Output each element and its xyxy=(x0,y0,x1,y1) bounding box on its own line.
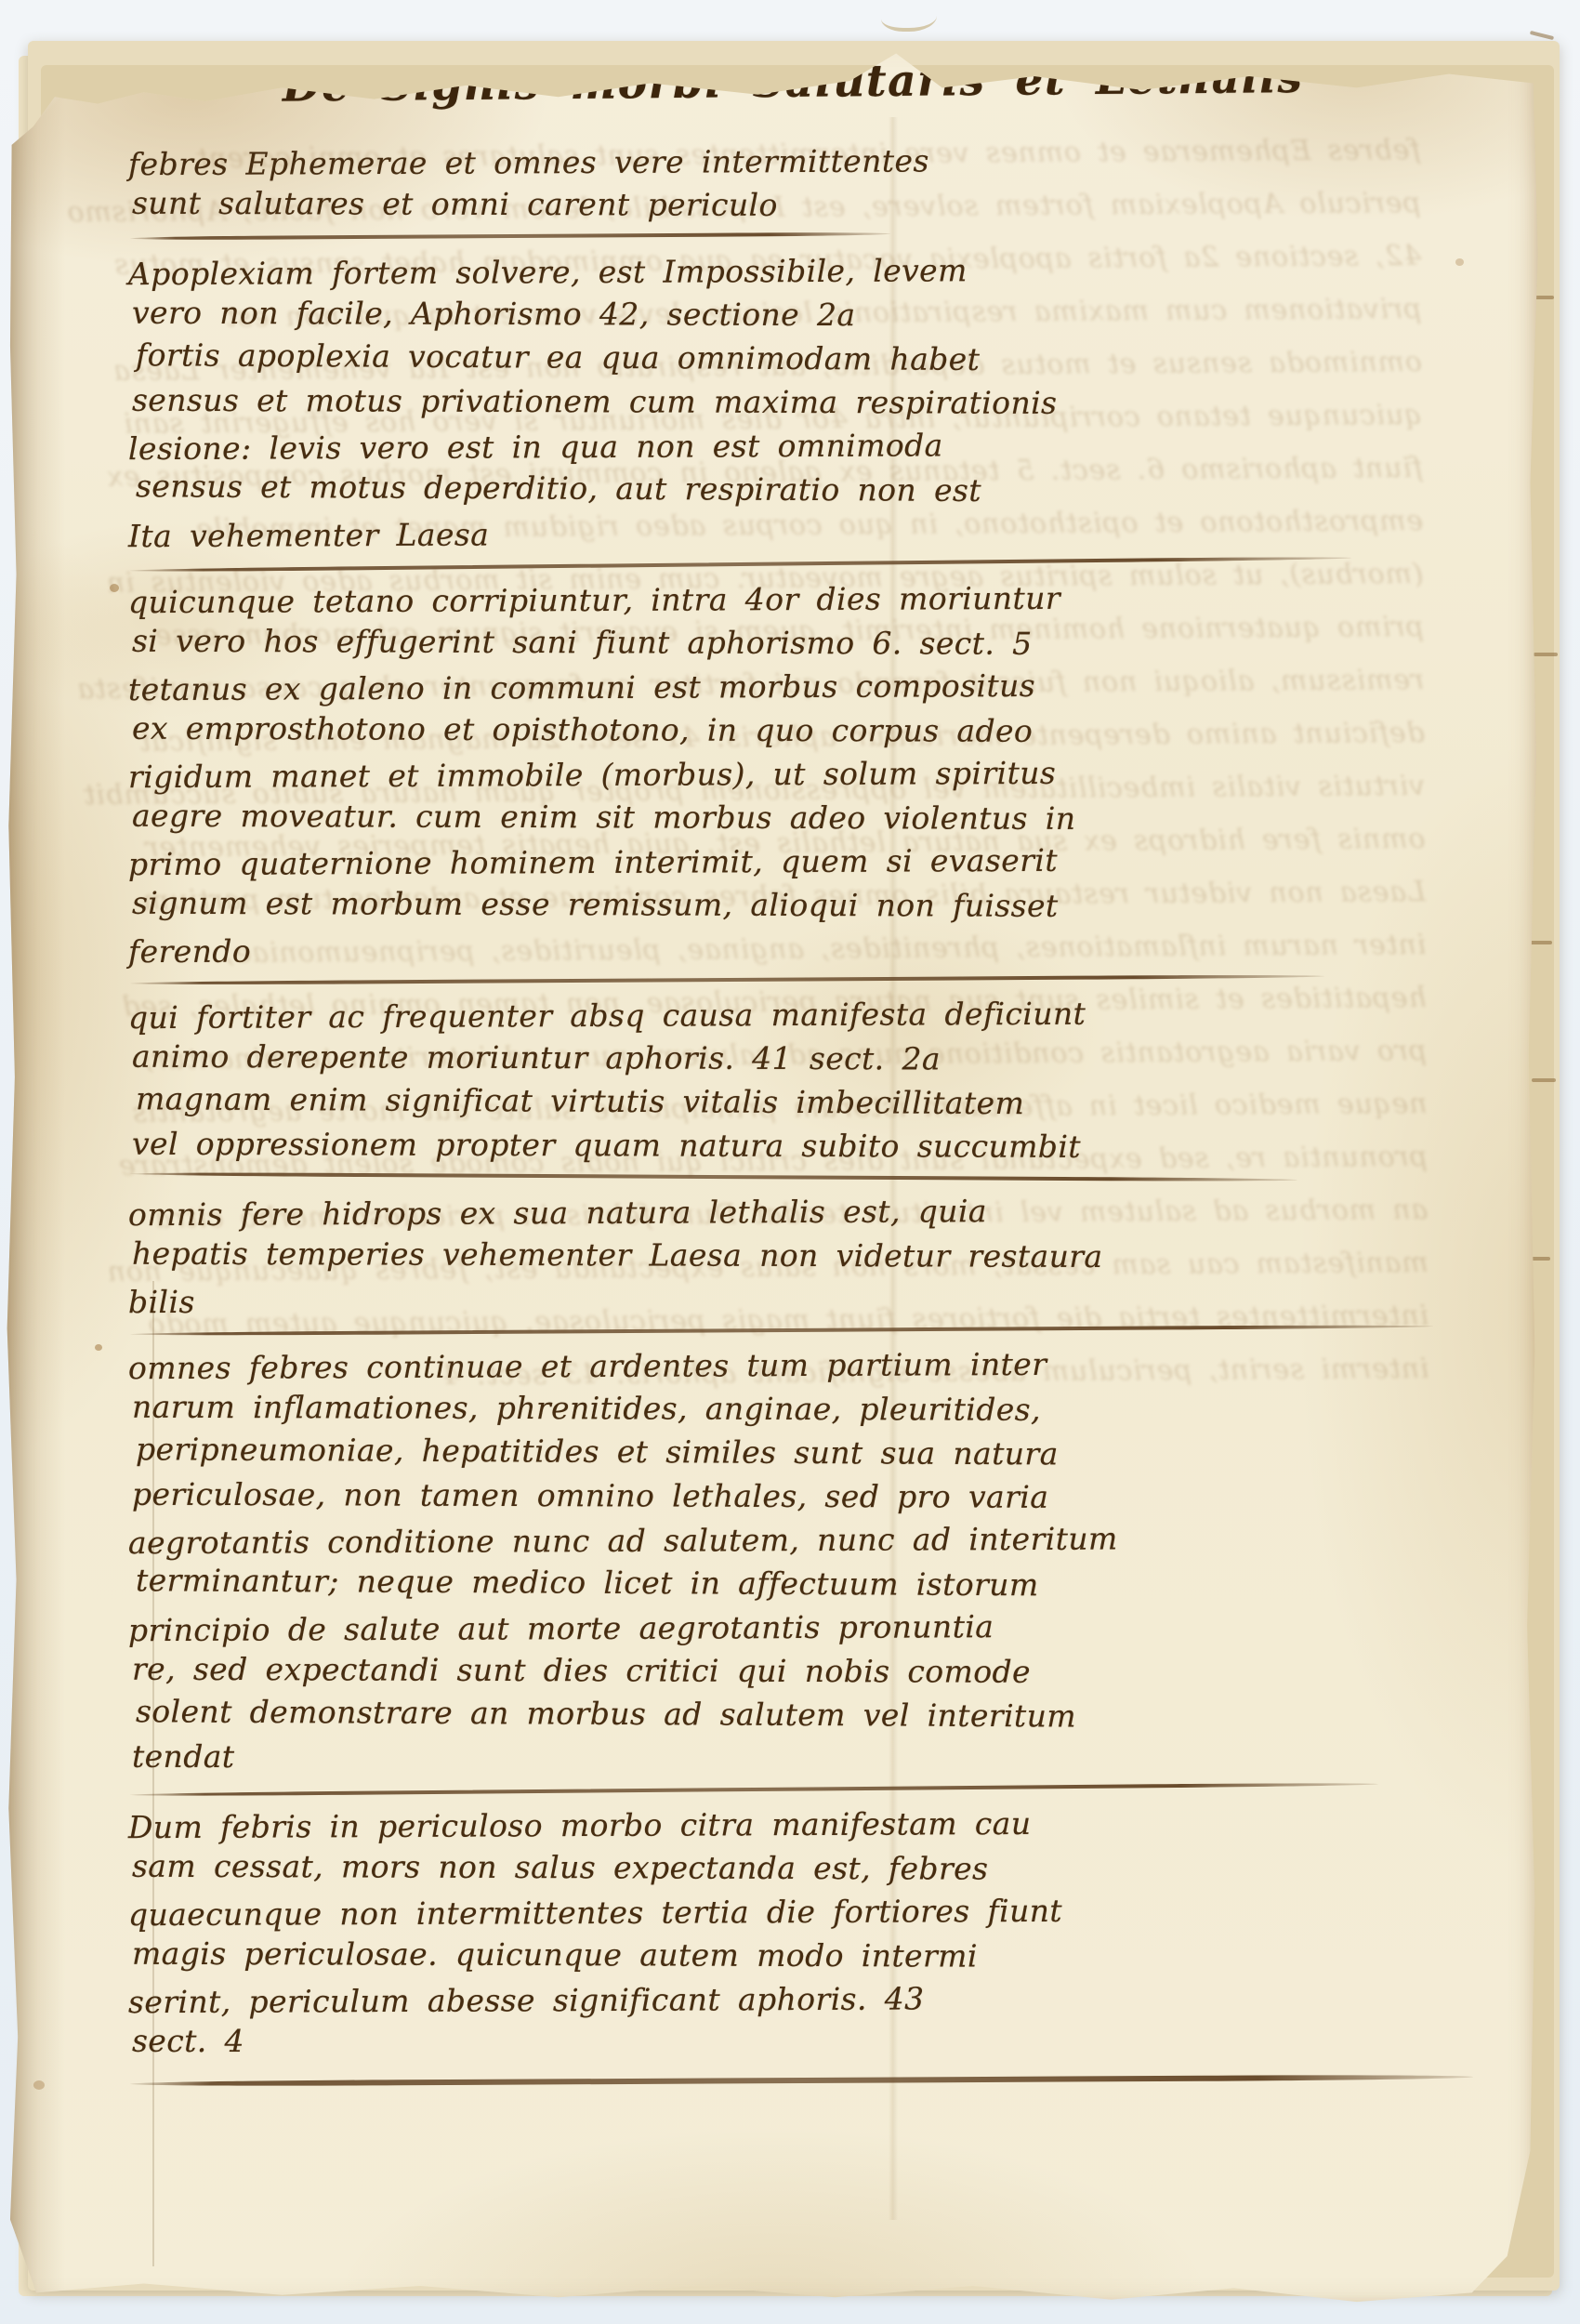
manuscript-line: principio de salute aut morte aegrotanti… xyxy=(128,1603,1485,1652)
paragraph-divider-rule xyxy=(130,1172,1297,1182)
manuscript-line: signum est morbum esse remissum, alioqui… xyxy=(132,881,1489,930)
manuscript-line: omnis fere hidrops ex sua natura lethali… xyxy=(128,1187,1485,1236)
manuscript-line: tendat xyxy=(132,1735,1489,1783)
manuscript-line: Dum febris in periculoso morbo citra man… xyxy=(128,1800,1485,1849)
manuscript-line: terminantur; neque medico licet in affec… xyxy=(136,1558,1493,1609)
manuscript-line: magis periculosae. quicunque autem modo … xyxy=(132,1932,1489,1980)
manuscript-line: sensus et motus deperditio, aut respirat… xyxy=(136,464,1493,515)
paragraph-divider-rule xyxy=(130,1325,1433,1337)
manuscript-line: vero non facile, Aphorismo 42, sectione … xyxy=(132,291,1489,339)
manuscript-line: sunt salutares et omni carent periculo xyxy=(132,181,1489,230)
manuscript-line: peripneumoniae, hepatitides et similes s… xyxy=(136,1427,1493,1478)
manuscript-paragraph: omnes febres continuae et ardentes tum p… xyxy=(128,1343,1485,1791)
manuscript-line: sensus et motus privationem cum maxima r… xyxy=(132,378,1489,427)
manuscript-paragraph: qui fortiter ac frequenter absq causa ma… xyxy=(128,993,1485,1179)
manuscript-line: quaecunque non intermittentes tertia die… xyxy=(128,1887,1485,1936)
manuscript-line: febres Ephemerae et omnes vere intermitt… xyxy=(128,137,1485,186)
manuscript-line: re, sed expectandi sunt dies critici qui… xyxy=(132,1647,1489,1696)
manuscript-line: fortis apoplexia vocatur ea qua omnimoda… xyxy=(136,333,1493,384)
manuscript-line: Apoplexiam fortem solvere, est Impossibi… xyxy=(128,246,1485,296)
manuscript-line: bilis xyxy=(128,1274,1485,1324)
manuscript-paragraph: quicunque tetano corripiuntur, intra 4or… xyxy=(128,577,1485,982)
paragraph-divider-rule xyxy=(130,556,1351,573)
manuscript-line: aegre moveatur. cum enim sit morbus adeo… xyxy=(132,794,1489,842)
manuscript-line: hepatis temperies vehementer Laesa non v… xyxy=(132,1232,1489,1280)
manuscript-line: narum inflamationes, phrenitides, angina… xyxy=(132,1385,1489,1433)
manuscript-line: tetanus ex galeno in communi est morbus … xyxy=(128,662,1485,711)
manuscript-page: febres Ephemerae et omnes vere intermitt… xyxy=(6,26,1541,2311)
manuscript-line: si vero hos effugerint sani fiunt aphori… xyxy=(132,619,1489,667)
manuscript-line: ex emprosthotono et opisthotono, in quo … xyxy=(132,706,1489,755)
photo-background: febres Ephemerae et omnes vere intermitt… xyxy=(0,0,1580,2324)
paragraph-divider-rule xyxy=(130,232,890,241)
manuscript-line: serint, periculum abesse significant aph… xyxy=(128,1974,1485,2024)
manuscript-line: ferendo xyxy=(128,924,1485,973)
manuscript-text-block: De Signis morbi Salutaris et Lethalis fe… xyxy=(6,26,1541,2094)
manuscript-line: animo derepente moriuntur aphoris. 41 se… xyxy=(132,1035,1489,1083)
manuscript-line: periculosae, non tamen omnino lethales, … xyxy=(132,1472,1489,1521)
fore-edge-mark xyxy=(1530,31,1554,40)
fore-edge-mark xyxy=(1534,653,1558,656)
manuscript-line: solent demonstrare an morbus ad salutem … xyxy=(136,1689,1493,1740)
manuscript-line: vel oppressionem propter quam natura sub… xyxy=(132,1122,1489,1170)
paragraph-divider-rule xyxy=(130,1782,1378,1797)
manuscript-line: Ita vehementer Laesa xyxy=(128,508,1485,558)
manuscript-line: lesione: levis vero est in qua non est o… xyxy=(128,421,1485,470)
manuscript-line: aegrotantis conditione nunc ad salutem, … xyxy=(128,1515,1485,1565)
manuscript-line: primo quaternione hominem interimit, que… xyxy=(128,837,1485,886)
manuscript-line: magnam enim significat virtutis vitalis … xyxy=(136,1076,1493,1128)
paragraph-divider-rule xyxy=(130,2074,1473,2087)
manuscript-line: omnes febres continuae et ardentes tum p… xyxy=(128,1340,1485,1390)
manuscript-line: rigidum manet et immobile (morbus), ut s… xyxy=(128,749,1485,799)
manuscript-line: quicunque tetano corripiuntur, intra 4or… xyxy=(128,574,1485,624)
manuscript-line: qui fortiter ac frequenter absq causa ma… xyxy=(128,990,1485,1039)
paragraph-divider-rule xyxy=(130,974,1324,985)
manuscript-line: sect. 4 xyxy=(132,2019,1489,2067)
manuscript-paragraph: omnis fere hidrops ex sua natura lethali… xyxy=(128,1190,1485,1332)
manuscript-paragraph: Dum febris in periculoso morbo citra man… xyxy=(128,1802,1485,2083)
binding-thread xyxy=(881,0,937,32)
manuscript-paragraph: febres Ephemerae et omnes vere intermitt… xyxy=(128,139,1485,238)
manuscript-paragraph: Apoplexiam fortem solvere, est Impossibi… xyxy=(128,249,1485,566)
manuscript-line: sam cessat, mors non salus expectanda es… xyxy=(132,1844,1489,1893)
fore-edge-mark xyxy=(1532,1078,1556,1082)
